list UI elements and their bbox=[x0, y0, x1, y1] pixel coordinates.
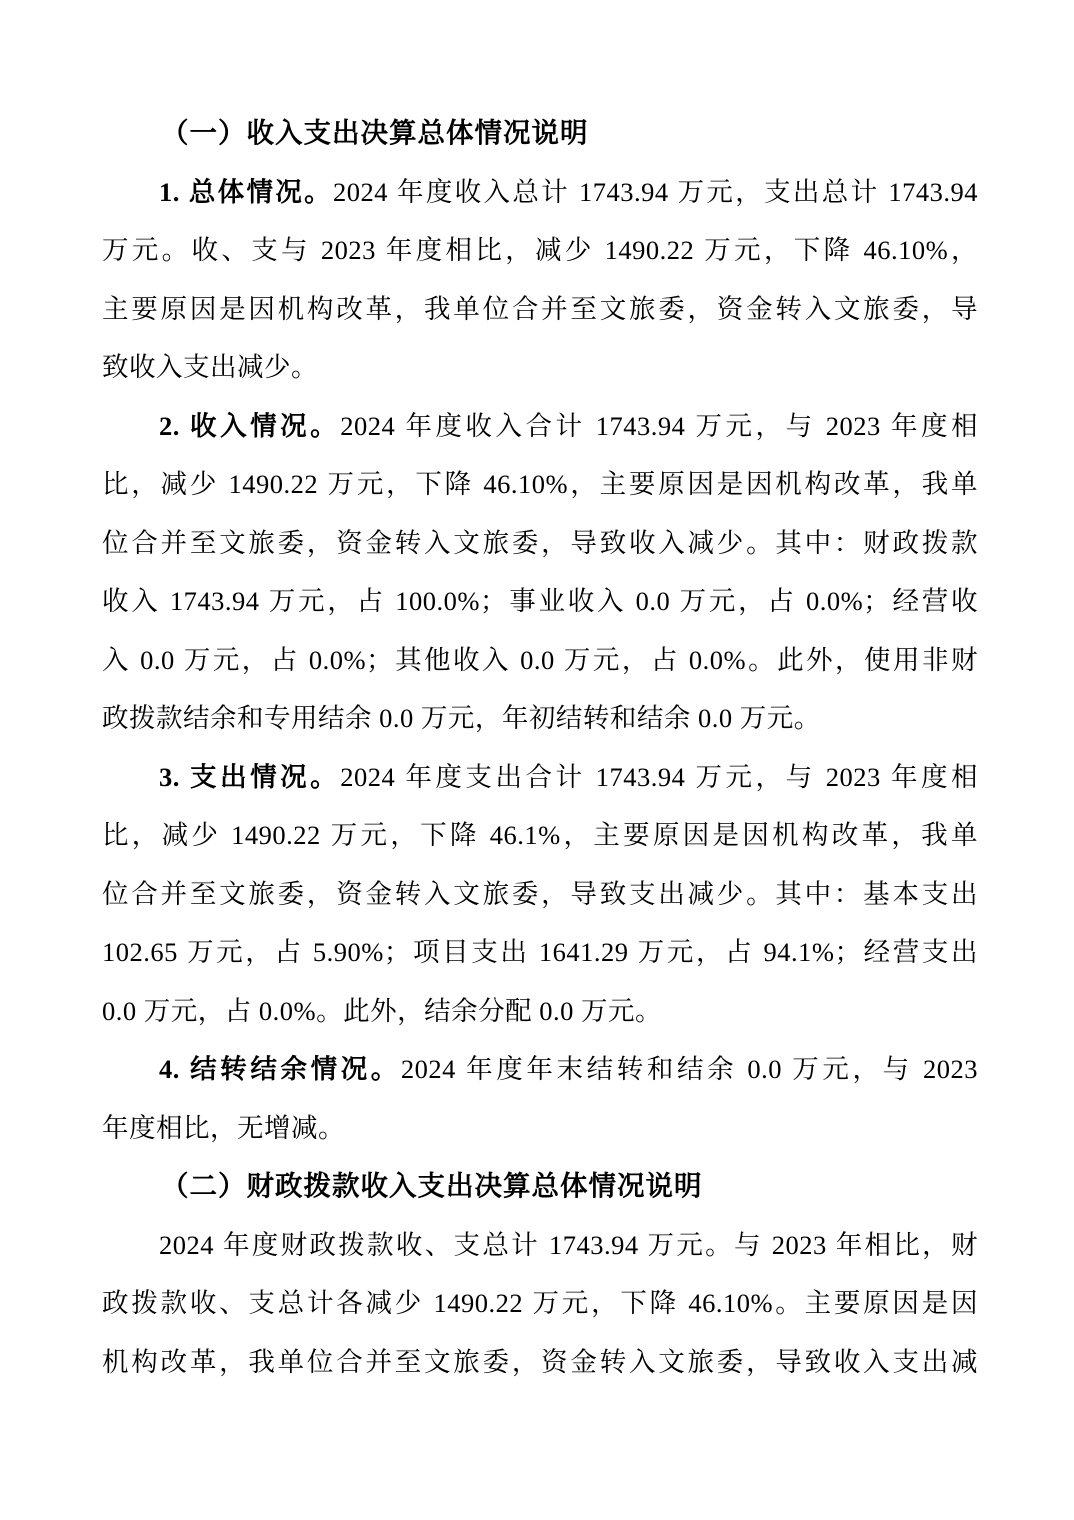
para-expenditure-situation-line: 位合并至文旅委，资金转入文旅委，导致支出减少。其中：基本支出 bbox=[102, 865, 978, 924]
para-fiscal-appropriation-line: 2024 年度财政拨款收、支总计 1743.94 万元。与 2023 年相比，财 bbox=[102, 1216, 978, 1275]
paragraph-lead: 1. 总体情况。 bbox=[159, 177, 333, 207]
paragraph-lead: 4. 结转结余情况。 bbox=[159, 1054, 401, 1084]
para-carryover-situation-line: 4. 结转结余情况。2024 年度年末结转和结余 0.0 万元，与 2023 bbox=[102, 1040, 978, 1099]
para-expenditure-situation-line: 102.65 万元，占 5.90%；项目支出 1641.29 万元，占 94.1… bbox=[102, 923, 978, 982]
document-page: （一）收入支出决算总体情况说明1. 总体情况。2024 年度收入总计 1743.… bbox=[0, 0, 1074, 1520]
para-income-situation-line: 位合并至文旅委，资金转入文旅委，导致收入减少。其中：财政拨款 bbox=[102, 514, 978, 573]
section-2-heading: （二）财政拨款收入支出决算总体情况说明 bbox=[102, 1157, 978, 1216]
para-income-situation-line: 比，减少 1490.22 万元，下降 46.10%，主要原因是因机构改革，我单 bbox=[102, 455, 978, 514]
paragraph-lead: 2. 收入情况。 bbox=[159, 411, 340, 441]
para-expenditure-situation-line: 比，减少 1490.22 万元，下降 46.1%，主要原因是因机构改革，我单 bbox=[102, 806, 978, 865]
section-1-heading: （一）收入支出决算总体情况说明 bbox=[102, 104, 978, 163]
para-overall-situation-line: 致收入支出减少。 bbox=[102, 338, 978, 397]
para-expenditure-situation-line: 0.0 万元，占 0.0%。此外，结余分配 0.0 万元。 bbox=[102, 982, 978, 1041]
para-overall-situation-line: 1. 总体情况。2024 年度收入总计 1743.94 万元，支出总计 1743… bbox=[102, 163, 978, 222]
document-content: （一）收入支出决算总体情况说明1. 总体情况。2024 年度收入总计 1743.… bbox=[102, 104, 978, 1391]
para-overall-situation-line: 万元。收、支与 2023 年度相比，减少 1490.22 万元，下降 46.10… bbox=[102, 221, 978, 280]
para-carryover-situation-line: 年度相比，无增减。 bbox=[102, 1099, 978, 1158]
para-fiscal-appropriation-line: 政拨款收、支总计各减少 1490.22 万元，下降 46.10%。主要原因是因 bbox=[102, 1274, 978, 1333]
para-expenditure-situation-line: 3. 支出情况。2024 年度支出合计 1743.94 万元，与 2023 年度… bbox=[102, 748, 978, 807]
para-fiscal-appropriation-line: 机构改革，我单位合并至文旅委，资金转入文旅委，导致收入支出减 bbox=[102, 1333, 978, 1392]
para-income-situation-line: 入 0.0 万元，占 0.0%；其他收入 0.0 万元，占 0.0%。此外，使用… bbox=[102, 631, 978, 690]
para-income-situation-line: 2. 收入情况。2024 年度收入合计 1743.94 万元，与 2023 年度… bbox=[102, 397, 978, 456]
para-income-situation-line: 收入 1743.94 万元，占 100.0%；事业收入 0.0 万元，占 0.0… bbox=[102, 572, 978, 631]
para-income-situation-line: 政拨款结余和专用结余 0.0 万元，年初结转和结余 0.0 万元。 bbox=[102, 689, 978, 748]
paragraph-lead: 3. 支出情况。 bbox=[159, 762, 340, 792]
para-overall-situation-line: 主要原因是因机构改革，我单位合并至文旅委，资金转入文旅委，导 bbox=[102, 280, 978, 339]
